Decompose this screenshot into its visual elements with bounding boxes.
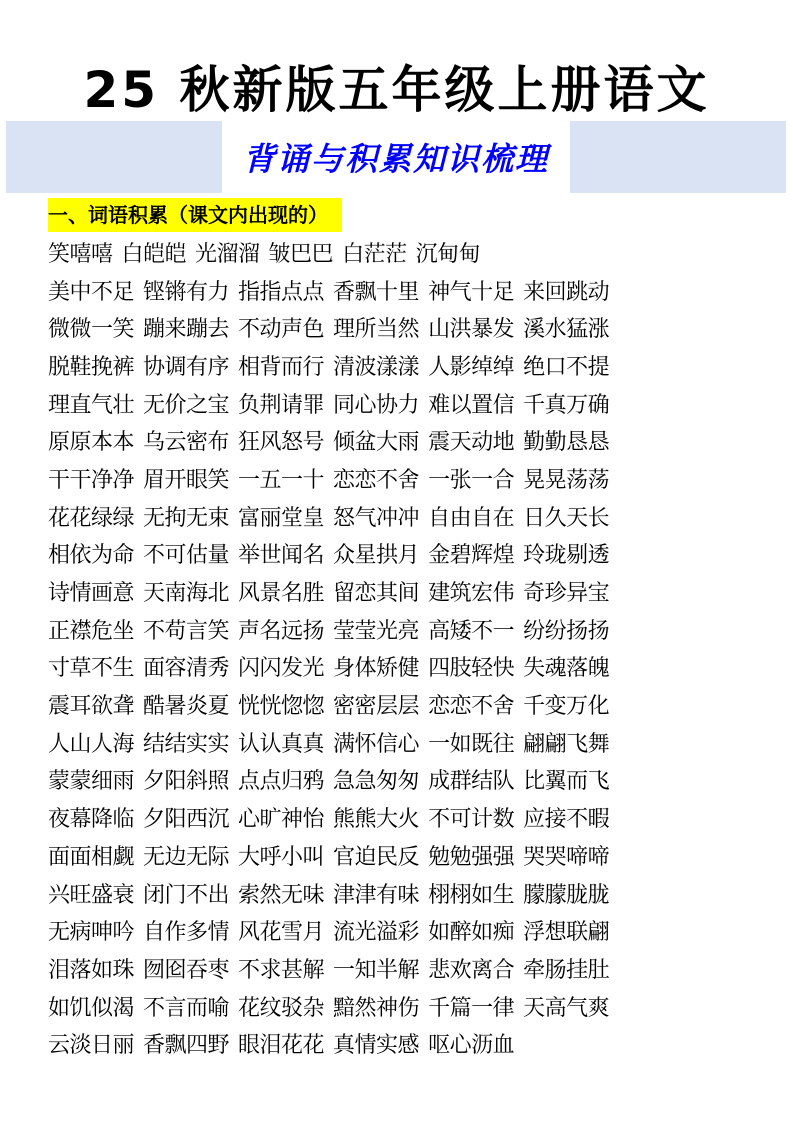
word-item: 怒气冲冲 xyxy=(333,504,419,534)
word-item: 纷纷扬扬 xyxy=(523,617,609,647)
word-item: 不可估量 xyxy=(143,541,229,571)
word-item: 人山人海 xyxy=(48,730,134,760)
word-item: 铿锵有力 xyxy=(143,278,229,308)
word-item: 声名远扬 xyxy=(238,617,324,647)
word-row: 寸草不生面容清秀闪闪发光身体矫健四肢轻快失魂落魄 xyxy=(48,651,768,689)
word-item: 朦朦胧胧 xyxy=(523,881,609,911)
word-item: 莹莹光亮 xyxy=(333,617,419,647)
word-row: 诗情画意天南海北风景名胜留恋其间建筑宏伟奇珍异宝 xyxy=(48,575,768,613)
word-item: 不言而喻 xyxy=(143,994,229,1024)
word-item: 天南海北 xyxy=(143,579,229,609)
word-item: 乌云密布 xyxy=(143,428,229,458)
word-item: 理所当然 xyxy=(333,315,419,345)
word-item: 身体矫健 xyxy=(333,654,419,684)
word-row: 云淡日丽香飘四野眼泪花花真情实感呕心沥血 xyxy=(48,1027,768,1065)
word-item: 泪落如珠 xyxy=(48,956,134,986)
word-item: 闪闪发光 xyxy=(238,654,324,684)
word-row: 正襟危坐不苟言笑声名远扬莹莹光亮高矮不一纷纷扬扬 xyxy=(48,613,768,651)
word-item: 山洪暴发 xyxy=(428,315,514,345)
word-item: 恋恋不舍 xyxy=(428,692,514,722)
word-item: 无边无际 xyxy=(143,843,229,873)
word-row: 兴旺盛衰闭门不出索然无味津津有味栩栩如生朦朦胧胧 xyxy=(48,877,768,915)
word-item: 不可计数 xyxy=(428,805,514,835)
document-subtitle: 背诵与积累知识梳理 xyxy=(222,135,570,183)
word-item: 指指点点 xyxy=(238,278,324,308)
word-item: 应接不暇 xyxy=(523,805,609,835)
word-item: 香飘十里 xyxy=(333,278,419,308)
word-item: 兴旺盛衰 xyxy=(48,881,134,911)
word-row: 蒙蒙细雨夕阳斜照点点归鸦急急匆匆成群结队比翼而飞 xyxy=(48,764,768,802)
word-item: 理直气壮 xyxy=(48,391,134,421)
word-item: 狂风怒号 xyxy=(238,428,324,458)
word-item: 震天动地 xyxy=(428,428,514,458)
word-item: 真情实感 xyxy=(333,1031,419,1061)
document-title: 25 秋新版五年级上册语文 xyxy=(0,58,793,122)
word-item: 四肢轻快 xyxy=(428,654,514,684)
word-item: 来回跳动 xyxy=(523,278,609,308)
word-item: 官迫民反 xyxy=(333,843,419,873)
word-item: 密密层层 xyxy=(333,692,419,722)
word-item: 呕心沥血 xyxy=(428,1031,514,1061)
word-row: 微微一笑蹦来蹦去不动声色理所当然山洪暴发溪水猛涨 xyxy=(48,311,768,349)
word-item: 震耳欲聋 xyxy=(48,692,134,722)
word-item: 晃晃荡荡 xyxy=(523,466,609,496)
word-item: 面面相觑 xyxy=(48,843,134,873)
word-row: 美中不足铿锵有力指指点点香飘十里神气十足来回跳动 xyxy=(48,274,768,312)
word-item: 溪水猛涨 xyxy=(523,315,609,345)
word-item: 浮想联翩 xyxy=(523,918,609,948)
word-item: 富丽堂皇 xyxy=(238,504,324,534)
word-item: 津津有味 xyxy=(333,881,419,911)
word-item: 囫囵吞枣 xyxy=(143,956,229,986)
word-item: 流光溢彩 xyxy=(333,918,419,948)
word-item: 索然无味 xyxy=(238,881,324,911)
word-item: 高矮不一 xyxy=(428,617,514,647)
word-list: 笑嘻嘻白皑皑光溜溜皱巴巴白茫茫沉甸甸美中不足铿锵有力指指点点香飘十里神气十足来回… xyxy=(48,236,768,1065)
word-row: 面面相觑无边无际大呼小叫官迫民反勉勉强强哭哭啼啼 xyxy=(48,839,768,877)
word-item: 皱巴巴 xyxy=(269,240,334,270)
word-item: 千真万确 xyxy=(523,391,609,421)
word-item: 脱鞋挽裤 xyxy=(48,353,134,383)
subtitle-band-right xyxy=(570,121,786,193)
word-item: 正襟危坐 xyxy=(48,617,134,647)
word-item: 原原本本 xyxy=(48,428,134,458)
word-item: 风花雪月 xyxy=(238,918,324,948)
word-item: 急急匆匆 xyxy=(333,767,419,797)
word-item: 一知半解 xyxy=(333,956,419,986)
word-item: 认认真真 xyxy=(238,730,324,760)
word-item: 云淡日丽 xyxy=(48,1031,134,1061)
word-item: 如醉如痴 xyxy=(428,918,514,948)
word-item: 结结实实 xyxy=(143,730,229,760)
word-item: 满怀信心 xyxy=(333,730,419,760)
word-row: 人山人海结结实实认认真真满怀信心一如既往翩翩飞舞 xyxy=(48,726,768,764)
word-item: 夕阳斜照 xyxy=(143,767,229,797)
word-row: 泪落如珠囫囵吞枣不求甚解一知半解悲欢离合牵肠挂肚 xyxy=(48,952,768,990)
word-item: 牵肠挂肚 xyxy=(523,956,609,986)
word-item: 神气十足 xyxy=(428,278,514,308)
word-item: 光溜溜 xyxy=(195,240,260,270)
subtitle-band-left xyxy=(6,121,222,193)
word-row: 脱鞋挽裤协调有序相背而行清波漾漾人影绰绰绝口不提 xyxy=(48,349,768,387)
word-item: 微微一笑 xyxy=(48,315,134,345)
word-item: 无价之宝 xyxy=(143,391,229,421)
word-item: 大呼小叫 xyxy=(238,843,324,873)
word-item: 如饥似渴 xyxy=(48,994,134,1024)
word-item: 协调有序 xyxy=(143,353,229,383)
word-item: 干干净净 xyxy=(48,466,134,496)
word-row: 干干净净眉开眼笑一五一十恋恋不舍一张一合晃晃荡荡 xyxy=(48,462,768,500)
word-item: 一如既往 xyxy=(428,730,514,760)
word-item: 不求甚解 xyxy=(238,956,324,986)
word-item: 无病呻吟 xyxy=(48,918,134,948)
word-item: 举世闻名 xyxy=(238,541,324,571)
word-item: 建筑宏伟 xyxy=(428,579,514,609)
word-item: 不苟言笑 xyxy=(143,617,229,647)
word-item: 白茫茫 xyxy=(342,240,407,270)
word-item: 眼泪花花 xyxy=(238,1031,324,1061)
word-item: 夜幕降临 xyxy=(48,805,134,835)
word-item: 不动声色 xyxy=(238,315,324,345)
word-item: 沉甸甸 xyxy=(416,240,481,270)
word-item: 倾盆大雨 xyxy=(333,428,419,458)
section-heading: 一、词语积累（课文内出现的） xyxy=(48,198,342,232)
word-item: 一张一合 xyxy=(428,466,514,496)
word-item: 无拘无束 xyxy=(143,504,229,534)
word-item: 花纹驳杂 xyxy=(238,994,324,1024)
word-item: 众星拱月 xyxy=(333,541,419,571)
word-item: 美中不足 xyxy=(48,278,134,308)
word-item: 千变万化 xyxy=(523,692,609,722)
word-item: 金碧辉煌 xyxy=(428,541,514,571)
word-item: 自作多情 xyxy=(143,918,229,948)
word-item: 勤勤恳恳 xyxy=(523,428,609,458)
word-item: 难以置信 xyxy=(428,391,514,421)
word-item: 绝口不提 xyxy=(523,353,609,383)
word-item: 白皑皑 xyxy=(122,240,187,270)
word-row: 相依为命不可估量举世闻名众星拱月金碧辉煌玲珑剔透 xyxy=(48,538,768,576)
word-item: 花花绿绿 xyxy=(48,504,134,534)
word-item: 香飘四野 xyxy=(143,1031,229,1061)
word-item: 负荆请罪 xyxy=(238,391,324,421)
word-item: 翩翩飞舞 xyxy=(523,730,609,760)
word-item: 蹦来蹦去 xyxy=(143,315,229,345)
word-item: 栩栩如生 xyxy=(428,881,514,911)
word-item: 比翼而飞 xyxy=(523,767,609,797)
word-item: 成群结队 xyxy=(428,767,514,797)
word-row: 花花绿绿无拘无束富丽堂皇怒气冲冲自由自在日久天长 xyxy=(48,500,768,538)
word-item: 哭哭啼啼 xyxy=(523,843,609,873)
word-item: 笑嘻嘻 xyxy=(48,240,113,270)
word-item: 同心协力 xyxy=(333,391,419,421)
word-item: 恋恋不舍 xyxy=(333,466,419,496)
word-row: 震耳欲聋酷暑炎夏恍恍惚惚密密层层恋恋不舍千变万化 xyxy=(48,688,768,726)
word-item: 眉开眼笑 xyxy=(143,466,229,496)
word-item: 黯然神伤 xyxy=(333,994,419,1024)
word-row: 如饥似渴不言而喻花纹驳杂黯然神伤千篇一律天高气爽 xyxy=(48,990,768,1028)
word-item: 相依为命 xyxy=(48,541,134,571)
word-item: 风景名胜 xyxy=(238,579,324,609)
word-item: 失魂落魄 xyxy=(523,654,609,684)
word-item: 自由自在 xyxy=(428,504,514,534)
word-item: 天高气爽 xyxy=(523,994,609,1024)
word-row: 原原本本乌云密布狂风怒号倾盆大雨震天动地勤勤恳恳 xyxy=(48,424,768,462)
word-item: 奇珍异宝 xyxy=(523,579,609,609)
word-item: 悲欢离合 xyxy=(428,956,514,986)
word-item: 相背而行 xyxy=(238,353,324,383)
word-item: 闭门不出 xyxy=(143,881,229,911)
word-item: 面容清秀 xyxy=(143,654,229,684)
word-item: 一五一十 xyxy=(238,466,324,496)
word-row: 笑嘻嘻白皑皑光溜溜皱巴巴白茫茫沉甸甸 xyxy=(48,236,768,274)
word-item: 人影绰绰 xyxy=(428,353,514,383)
word-item: 玲珑剔透 xyxy=(523,541,609,571)
word-item: 寸草不生 xyxy=(48,654,134,684)
word-item: 心旷神怡 xyxy=(238,805,324,835)
word-item: 夕阳西沉 xyxy=(143,805,229,835)
word-item: 勉勉强强 xyxy=(428,843,514,873)
word-item: 诗情画意 xyxy=(48,579,134,609)
word-row: 无病呻吟自作多情风花雪月流光溢彩如醉如痴浮想联翩 xyxy=(48,914,768,952)
word-row: 夜幕降临夕阳西沉心旷神怡熊熊大火不可计数应接不暇 xyxy=(48,801,768,839)
word-item: 蒙蒙细雨 xyxy=(48,767,134,797)
word-item: 日久天长 xyxy=(523,504,609,534)
word-item: 点点归鸦 xyxy=(238,767,324,797)
word-item: 留恋其间 xyxy=(333,579,419,609)
word-row: 理直气壮无价之宝负荆请罪同心协力难以置信千真万确 xyxy=(48,387,768,425)
word-item: 恍恍惚惚 xyxy=(238,692,324,722)
word-item: 熊熊大火 xyxy=(333,805,419,835)
word-item: 清波漾漾 xyxy=(333,353,419,383)
word-item: 千篇一律 xyxy=(428,994,514,1024)
word-item: 酷暑炎夏 xyxy=(143,692,229,722)
